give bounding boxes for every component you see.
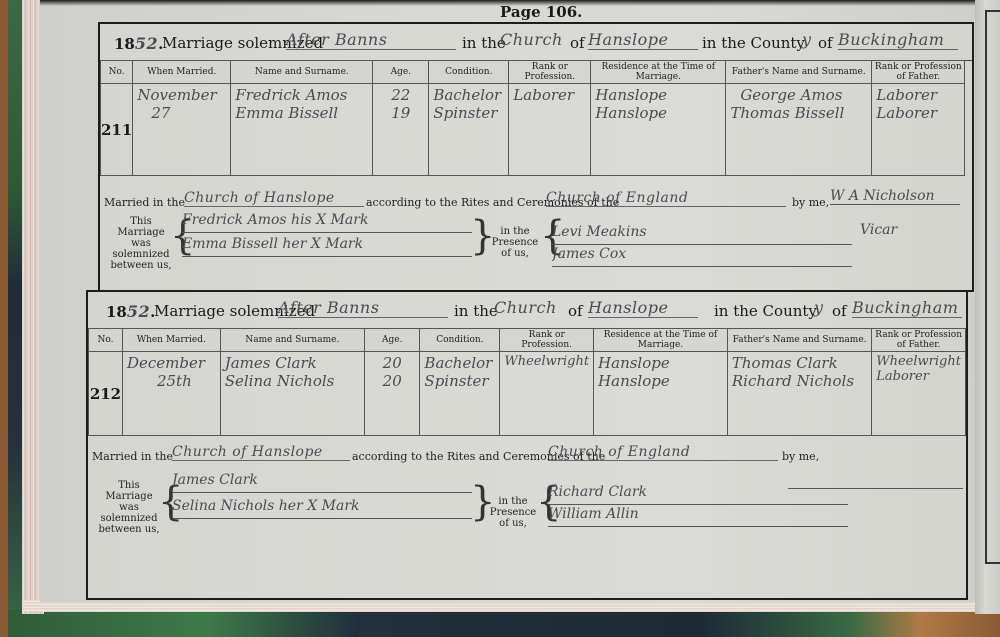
label-in-the-county: in the County [714,302,817,320]
solemnized-by-value: After Banns [286,30,456,50]
residence-cell: HanslopeHanslope [594,352,728,436]
col-father-name: Father's Name and Surname. [726,61,872,84]
county-suffix: y [802,30,812,49]
solemnized-by-value: After Banns [278,298,448,318]
col-condition: Condition. [429,61,509,84]
witness-signature-1: Richard Clark [548,484,848,505]
col-no: No. [89,329,123,352]
party-signature-2: Emma Bissell her X Mark [182,236,472,257]
county-suffix: y [814,298,824,317]
party-signature-1: Fredrick Amos his X Mark [182,212,472,233]
names-cell: James ClarkSelina Nichols [220,352,364,436]
presence-label: in the Presence of us, [490,226,540,259]
label-of: of [570,34,585,52]
label-of: of [568,302,583,320]
condition-cell: BachelorSpinster [429,84,509,176]
married-in-value: Church of Hanslope [172,444,350,461]
place-value: Hanslope [588,298,698,318]
register-table: No. When Married. Name and Surname. Age.… [88,328,966,436]
col-age: Age. [373,61,429,84]
table-row: 212 December25th James ClarkSelina Nicho… [89,352,966,436]
witness-signature-2: William Allin [548,506,848,527]
label-in-the-county: in the County [702,34,805,52]
rites-of-value: Church of England [548,444,778,461]
col-no: No. [101,61,133,84]
col-father-name: Father's Name and Surname. [727,329,871,352]
col-when-married: When Married. [122,329,220,352]
party-signature-1: James Clark [172,472,472,493]
label-married-in-the: Married in the [92,450,173,463]
names-cell: Fredrick AmosEmma Bissell [231,84,373,176]
county-value: Buckingham [852,298,962,318]
when-married-cell: December25th [122,352,220,436]
father-name-cell: George AmosThomas Bissell [726,84,872,176]
col-residence: Residence at the Time of Marriage. [594,329,728,352]
year-suffix: 52 [127,302,150,321]
father-rank-cell: LaborerLaborer [872,84,965,176]
father-rank-cell: WheelwrightLaborer [872,352,966,436]
officiant-name: W A Nicholson [830,188,960,205]
col-father-rank: Rank or Profession of Father. [872,329,966,352]
desk-edge [0,0,8,637]
col-rank: Rank or Profession. [500,329,594,352]
residence-cell: HanslopeHanslope [591,84,726,176]
year-prefix: 18 [114,35,135,53]
label-in-the: in the [454,302,498,320]
page-number: Page 106. [500,3,582,21]
col-condition: Condition. [420,329,500,352]
condition-cell: BachelorSpinster [420,352,500,436]
label-by-me: by me, [782,450,819,463]
county-value: Buckingham [838,30,958,50]
col-residence: Residence at the Time of Marriage. [591,61,726,84]
marriage-entry-212: 1852. Marriage solemnized After Banns in… [86,290,968,600]
year-prefix: 18 [106,303,127,321]
col-father-rank: Rank or Profession of Father. [872,61,965,84]
label-county-of: of [818,34,833,52]
entry-number: 211 [101,84,133,176]
officiant-title: Vicar [860,222,897,238]
col-rank: Rank or Profession. [509,61,591,84]
solemnized-between-label: This Marriage was solemnized between us, [94,480,164,535]
header-row: No. When Married. Name and Surname. Age.… [89,329,966,352]
col-age: Age. [365,329,420,352]
witness-signature-2: James Cox [552,246,852,267]
rank-cell: Wheelwright [500,352,594,436]
marriage-entry-211: 1852. Marriage solemnized After Banns in… [98,22,974,292]
rank-cell: Laborer [509,84,591,176]
married-in-line: Married in the Church of Hanslope accord… [88,442,966,466]
facing-page-edge [975,0,1000,614]
father-name-cell: Thomas ClarkRichard Nichols [727,352,871,436]
label-by-me: by me, [792,196,829,209]
ages-cell: 2020 [365,352,420,436]
label-married-in-the: Married in the [104,196,185,209]
building-value: Church [500,30,572,49]
building-value: Church [494,298,568,317]
book-cover-bottom [8,610,1000,637]
header-row: No. When Married. Name and Surname. Age.… [101,61,965,84]
rites-of-value: Church of England [546,190,786,207]
witness-signature-1: Levi Meakins [552,224,852,245]
ages-cell: 2219 [373,84,429,176]
party-signature-2: Selina Nichols her X Mark [172,498,472,519]
register-table: No. When Married. Name and Surname. Age.… [100,60,965,176]
entry-number: 212 [89,352,123,436]
solemnized-between-label: This Marriage was solemnized between us, [106,216,176,271]
married-in-value: Church of Hanslope [184,190,364,207]
place-value: Hanslope [588,30,698,50]
when-married-cell: November27 [133,84,231,176]
col-name: Name and Surname. [220,329,364,352]
entry-title-line: 1852. Marriage solemnized After Banns in… [100,24,972,61]
table-row: 211 November27 Fredrick AmosEmma Bissell… [101,84,965,176]
label-county-of: of [832,302,847,320]
col-name: Name and Surname. [231,61,373,84]
entry-title-line: 1852. Marriage solemnized After Banns in… [88,292,966,329]
year-suffix: 52 [135,34,158,53]
presence-label: in the Presence of us, [488,496,538,529]
col-when-married: When Married. [133,61,231,84]
